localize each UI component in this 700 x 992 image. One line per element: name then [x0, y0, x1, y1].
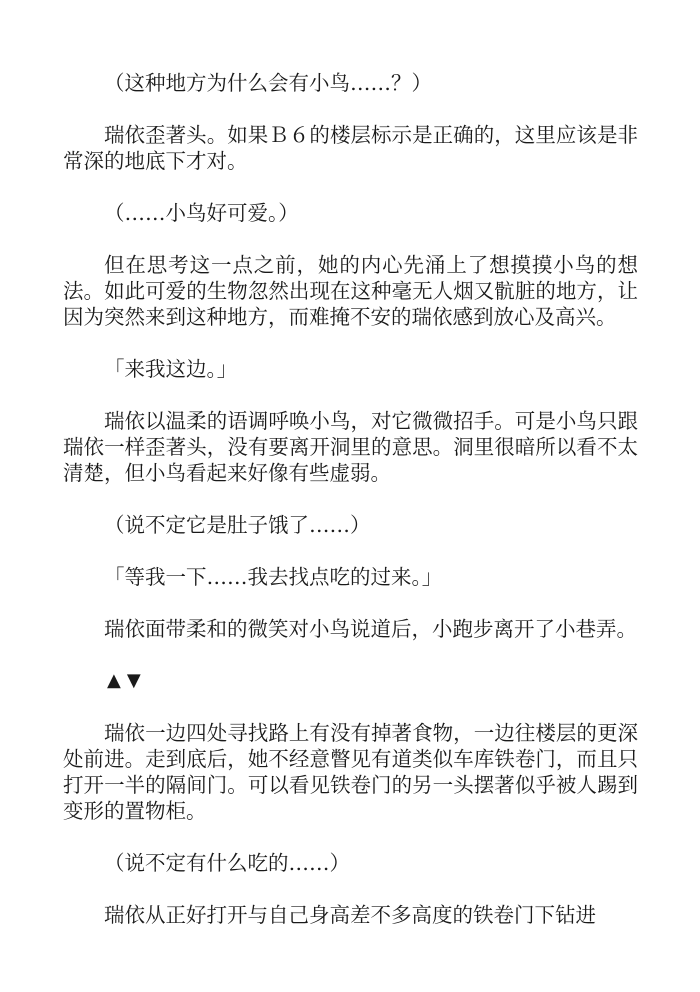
dialog-paragraph: 「来我这边。」 — [63, 356, 638, 382]
narration-paragraph: 瑞依歪著头。如果Ｂ６的楼层标示是正确的，这里应该是非常深的地底下才对。 — [63, 122, 638, 174]
narration-paragraph: 但在思考这一点之前，她的内心先涌上了想摸摸小鸟的想法。如此可爱的生物忽然出现在这… — [63, 252, 638, 330]
thought-paragraph: （说不定它是肚子饿了……） — [63, 512, 638, 538]
scene-break-triangles-icon: ▲▼ — [63, 668, 638, 694]
document-page: （这种地方为什么会有小鸟……？） 瑞依歪著头。如果Ｂ６的楼层标示是正确的，这里应… — [63, 70, 638, 954]
thought-paragraph: （……小鸟好可爱。） — [63, 200, 638, 226]
narration-paragraph: 瑞依一边四处寻找路上有没有掉著食物，一边往楼层的更深处前进。走到底后，她不经意瞥… — [63, 720, 638, 824]
dialog-paragraph: 「等我一下……我去找点吃的过来。」 — [63, 564, 638, 590]
thought-paragraph: （说不定有什么吃的……） — [63, 850, 638, 876]
narration-paragraph: 瑞依以温柔的语调呼唤小鸟，对它微微招手。可是小鸟只跟瑞依一样歪著头，没有要离开洞… — [63, 408, 638, 486]
narration-paragraph: 瑞依从正好打开与自己身高差不多高度的铁卷门下钻进 — [63, 902, 638, 928]
thought-paragraph: （这种地方为什么会有小鸟……？） — [63, 70, 638, 96]
narration-paragraph: 瑞依面带柔和的微笑对小鸟说道后，小跑步离开了小巷弄。 — [63, 616, 638, 642]
